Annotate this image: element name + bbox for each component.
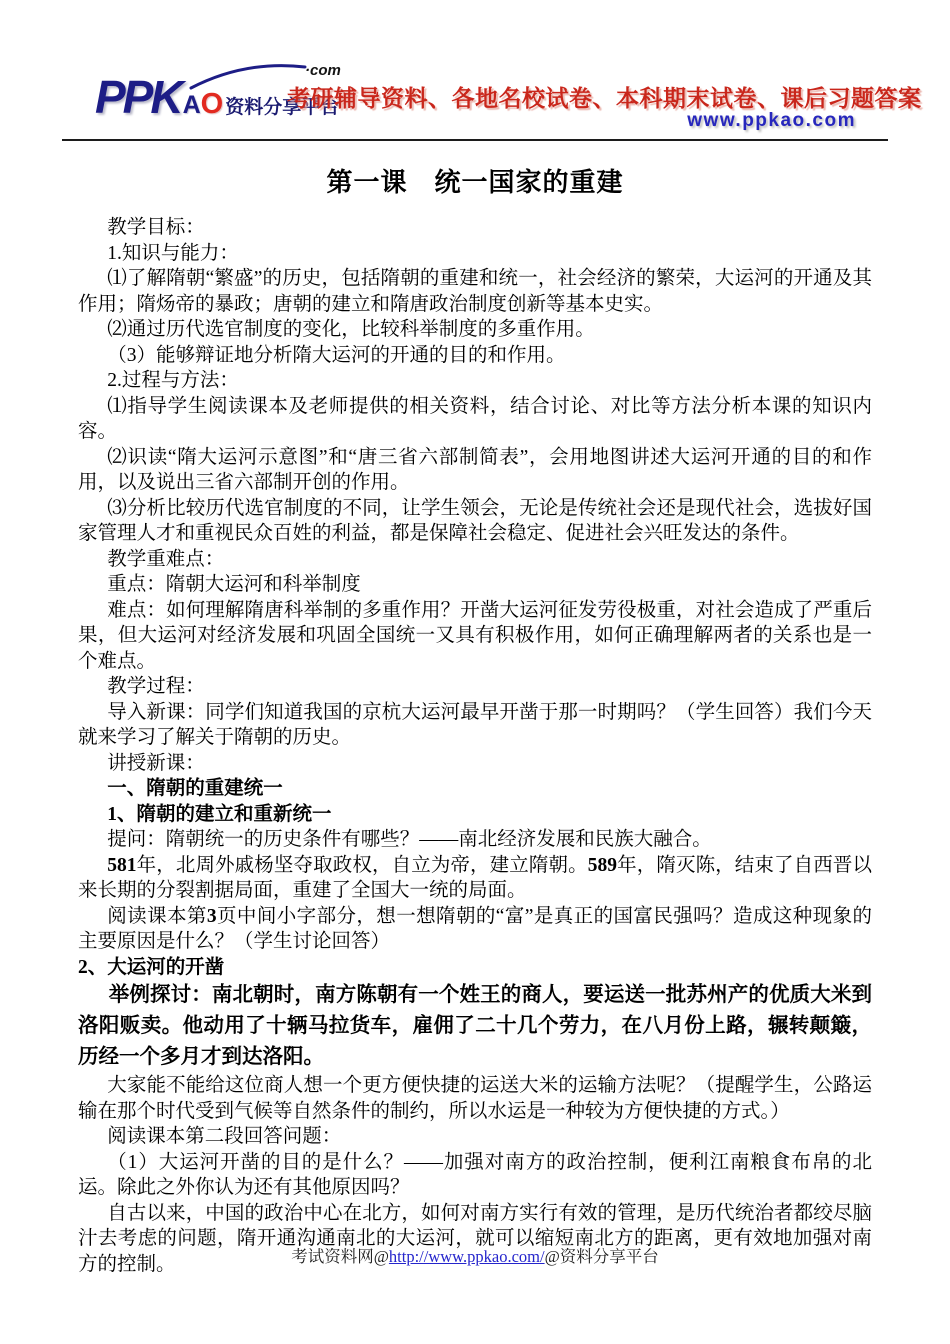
page-footer: 考试资料网@http://www.ppkao.com/@资料分享平台 xyxy=(0,1243,950,1267)
paragraph-list: 教学目标：1.知识与能力：⑴了解隋朝“繁盛”的历史，包括隋朝的重建和统一，社会经… xyxy=(78,215,872,1277)
site-header: PPKAO资料分享平台 ·com 考研辅导资料、各地名校试卷、本科期末试卷、课后… xyxy=(0,0,950,142)
process-point-3: ⑶分析比较历代选官制度的不同，让学生领会，无论是传统社会还是现代社会，选拔好国家… xyxy=(78,496,872,547)
difficult-point: 难点：如何理解隋唐科举制的多重作用？开凿大运河征发劳役极重，对社会造成了严重后果… xyxy=(78,598,872,675)
knowledge-point-2: ⑵通过历代选官制度的变化，比较科举制度的多重作用。 xyxy=(78,317,872,343)
bold-run: 581 xyxy=(107,855,136,876)
transport-question: 大家能不能给这位商人想一个更方便快捷的运送大米的运输方法呢？（提醒学生，公路运输… xyxy=(78,1073,872,1124)
knowledge-ability-label: 1.知识与能力： xyxy=(78,241,872,267)
subsection-1-heading: 1、隋朝的建立和重新统一 xyxy=(78,802,872,828)
header-website-link[interactable]: www.ppkao.com xyxy=(687,110,856,132)
text-run: 导入新课：同学们知道我国的京杭大运河最早开凿于那一时期吗？（学生回答）我们今天就… xyxy=(78,702,872,749)
text-run: 2、大运河的开凿 xyxy=(78,957,224,978)
text-run: 大家能不能给这位商人想一个更方便快捷的运送大米的运输方法呢？（提醒学生，公路运输… xyxy=(78,1075,872,1122)
bold-run: 589 xyxy=(588,855,617,876)
text-run: ⑵识读“隋大运河示意图”和“唐三省六部制简表”，会用地图讲述大运河开通的目的和作… xyxy=(78,447,872,494)
text-run: 年，北周外戚杨坚夺取政权，自立为帝，建立隋朝。 xyxy=(137,855,588,876)
process-point-2: ⑵识读“隋大运河示意图”和“唐三省六部制简表”，会用地图讲述大运河开通的目的和作… xyxy=(78,445,872,496)
document-body: 第一课 统一国家的重建 教学目标：1.知识与能力：⑴了解隋朝“繁盛”的历史，包括… xyxy=(78,150,872,1277)
text-run: ⑴了解隋朝“繁盛”的历史，包括隋朝的重建和统一，社会经济的繁荣，大运河的开通及其… xyxy=(78,268,872,315)
text-run: 教学过程： xyxy=(107,676,205,697)
text-run: 重点：隋朝大运河和科举制度 xyxy=(107,574,361,595)
bold-run: 3 xyxy=(207,906,217,927)
page-title: 第一课 统一国家的重建 xyxy=(78,162,872,199)
text-run: 提问：隋朝统一的历史条件有哪些？——南北经济发展和民族大融合。 xyxy=(107,829,712,850)
text-run: 1、隋朝的建立和重新统一 xyxy=(107,804,331,825)
logo-a-text: A xyxy=(183,91,201,119)
logo-ppk-text: PPK xyxy=(95,71,181,123)
text-run: 教学目标： xyxy=(107,217,205,238)
logo-com-text: ·com xyxy=(305,62,341,79)
header-banner-text: 考研辅导资料、各地名校试卷、本科期末试卷、课后习题答案 xyxy=(287,80,867,113)
reading-task-2: 阅读课本第二段回答问题： xyxy=(78,1124,872,1150)
text-run: 1.知识与能力： xyxy=(107,243,239,264)
teaching-process-label: 教学过程： xyxy=(78,674,872,700)
knowledge-point-1: ⑴了解隋朝“繁盛”的历史，包括隋朝的重建和统一，社会经济的繁荣，大运河的开通及其… xyxy=(78,266,872,317)
logo-o-text: O xyxy=(201,88,224,120)
text-run: 教学重难点： xyxy=(107,549,224,570)
key-point: 重点：隋朝大运河和科举制度 xyxy=(78,572,872,598)
text-run: ⑴指导学生阅读课本及老师提供的相关资料，结合讨论、对比等方法分析本课的知识内容。 xyxy=(78,396,872,443)
subsection-2-heading: 2、大运河的开凿 xyxy=(78,955,872,981)
document-page: PPKAO资料分享平台 ·com 考研辅导资料、各地名校试卷、本科期末试卷、课后… xyxy=(0,0,950,1344)
key-difficult-label: 教学重难点： xyxy=(78,547,872,573)
text-run: 2.过程与方法： xyxy=(107,370,239,391)
question-prompt: 提问：隋朝统一的历史条件有哪些？——南北经济发展和民族大融合。 xyxy=(78,827,872,853)
footer-site-link[interactable]: http://www.ppkao.com/ xyxy=(389,1247,545,1266)
text-run: ⑵通过历代选官制度的变化，比较科举制度的多重作用。 xyxy=(107,319,595,340)
teaching-objectives-label: 教学目标： xyxy=(78,215,872,241)
text-run: 阅读课本第二段回答问题： xyxy=(107,1126,341,1147)
knowledge-point-3: （3）能够辩证地分析隋大运河的开通的目的和作用。 xyxy=(78,343,872,369)
footer-suffix-text: @资料分享平台 xyxy=(545,1247,659,1266)
section-1-heading: 一、隋朝的重建统一 xyxy=(78,776,872,802)
reading-task-1: 阅读课本第3页中间小字部分，想一想隋朝的“富”是真正的国富民强吗？造成这种现象的… xyxy=(78,904,872,955)
history-narrative: 581年，北周外戚杨坚夺取政权，自立为帝，建立隋朝。589年，隋灭陈，结束了自西… xyxy=(78,853,872,904)
header-divider xyxy=(62,139,888,141)
text-run: （1）大运河开凿的目的是什么？——加强对南方的政治控制，便利江南粮食布帛的北运。… xyxy=(78,1152,872,1199)
text-run: ⑶分析比较历代选官制度的不同，让学生领会，无论是传统社会还是现代社会，选拔好国家… xyxy=(78,498,872,545)
lesson-intro: 导入新课：同学们知道我国的京杭大运河最早开凿于那一时期吗？（学生回答）我们今天就… xyxy=(78,700,872,751)
text-run: （3）能够辩证地分析隋大运河的开通的目的和作用。 xyxy=(107,345,565,366)
process-point-1: ⑴指导学生阅读课本及老师提供的相关资料，结合讨论、对比等方法分析本课的知识内容。 xyxy=(78,394,872,445)
text-run: 一、隋朝的重建统一 xyxy=(107,778,283,799)
canal-purpose-question: （1）大运河开凿的目的是什么？——加强对南方的政治控制，便利江南粮食布帛的北运。… xyxy=(78,1150,872,1201)
text-run: 讲授新课： xyxy=(107,753,205,774)
text-run: 阅读课本第 xyxy=(107,906,207,927)
example-discussion: 举例探讨：南北朝时，南方陈朝有一个姓王的商人，要运送一批苏州产的优质大米到洛阳贩… xyxy=(78,980,872,1073)
text-run: 难点：如何理解隋唐科举制的多重作用？开凿大运河征发劳役极重，对社会造成了严重后果… xyxy=(78,600,872,672)
new-lesson-label: 讲授新课： xyxy=(78,751,872,777)
process-method-label: 2.过程与方法： xyxy=(78,368,872,394)
footer-prefix-text: 考试资料网@ xyxy=(291,1247,389,1266)
text-run: 举例探讨：南北朝时，南方陈朝有一个姓王的商人，要运送一批苏州产的优质大米到洛阳贩… xyxy=(78,984,872,1068)
